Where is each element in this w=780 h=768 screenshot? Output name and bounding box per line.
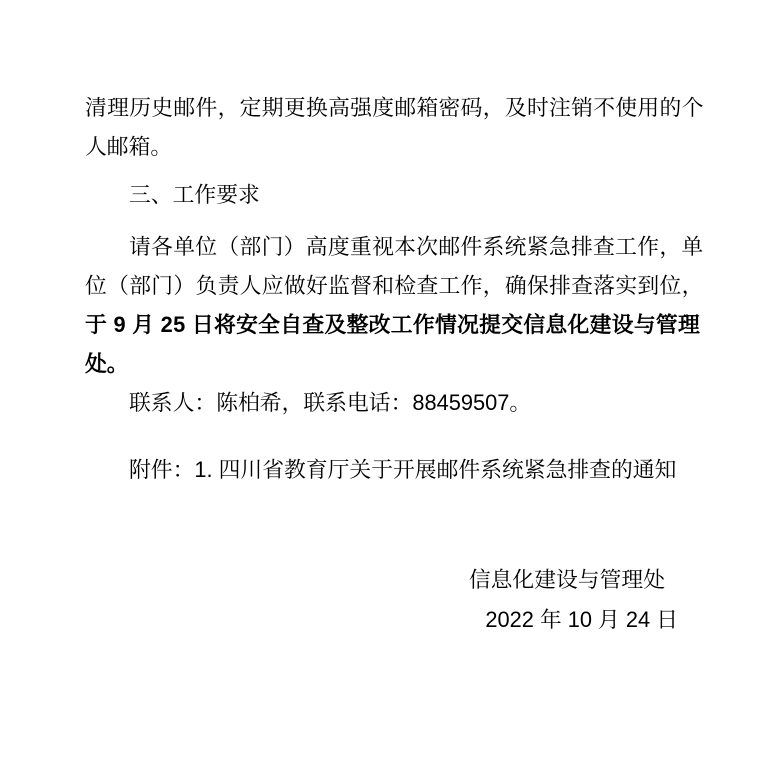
contact-line: 联系人：陈柏希，联系电话：88459507。: [85, 383, 695, 422]
signature-date: 2022 年 10 月 24 日: [85, 600, 695, 640]
work-requirements-line-2: 位（部门）负责人应做好监督和检查工作，确保排查落实到位，: [85, 266, 695, 305]
document-page: 清理历史邮件，定期更换高强度邮箱密码，及时注销不使用的个 人邮箱。 三、工作要求…: [0, 0, 780, 768]
deadline-sentence-line-2: 处。: [85, 344, 695, 383]
deadline-sentence-line-1: 于 9 月 25 日将安全自查及整改工作情况提交信息化建设与管理: [85, 305, 695, 344]
document-content: 清理历史邮件，定期更换高强度邮箱密码，及时注销不使用的个 人邮箱。 三、工作要求…: [85, 0, 695, 640]
paragraph-continuation-line-1: 清理历史邮件，定期更换高强度邮箱密码，及时注销不使用的个: [85, 88, 695, 127]
section-heading-work-requirements: 三、工作要求: [85, 175, 695, 214]
signature-department: 信息化建设与管理处: [85, 560, 695, 600]
signature-block: 信息化建设与管理处 2022 年 10 月 24 日: [85, 560, 695, 640]
attachment-line: 附件：1. 四川省教育厅关于开展邮件系统紧急排查的通知: [85, 450, 695, 489]
paragraph-continuation-line-2: 人邮箱。: [85, 127, 695, 166]
work-requirements-line-1: 请各单位（部门）高度重视本次邮件系统紧急排查工作，单: [85, 227, 695, 266]
